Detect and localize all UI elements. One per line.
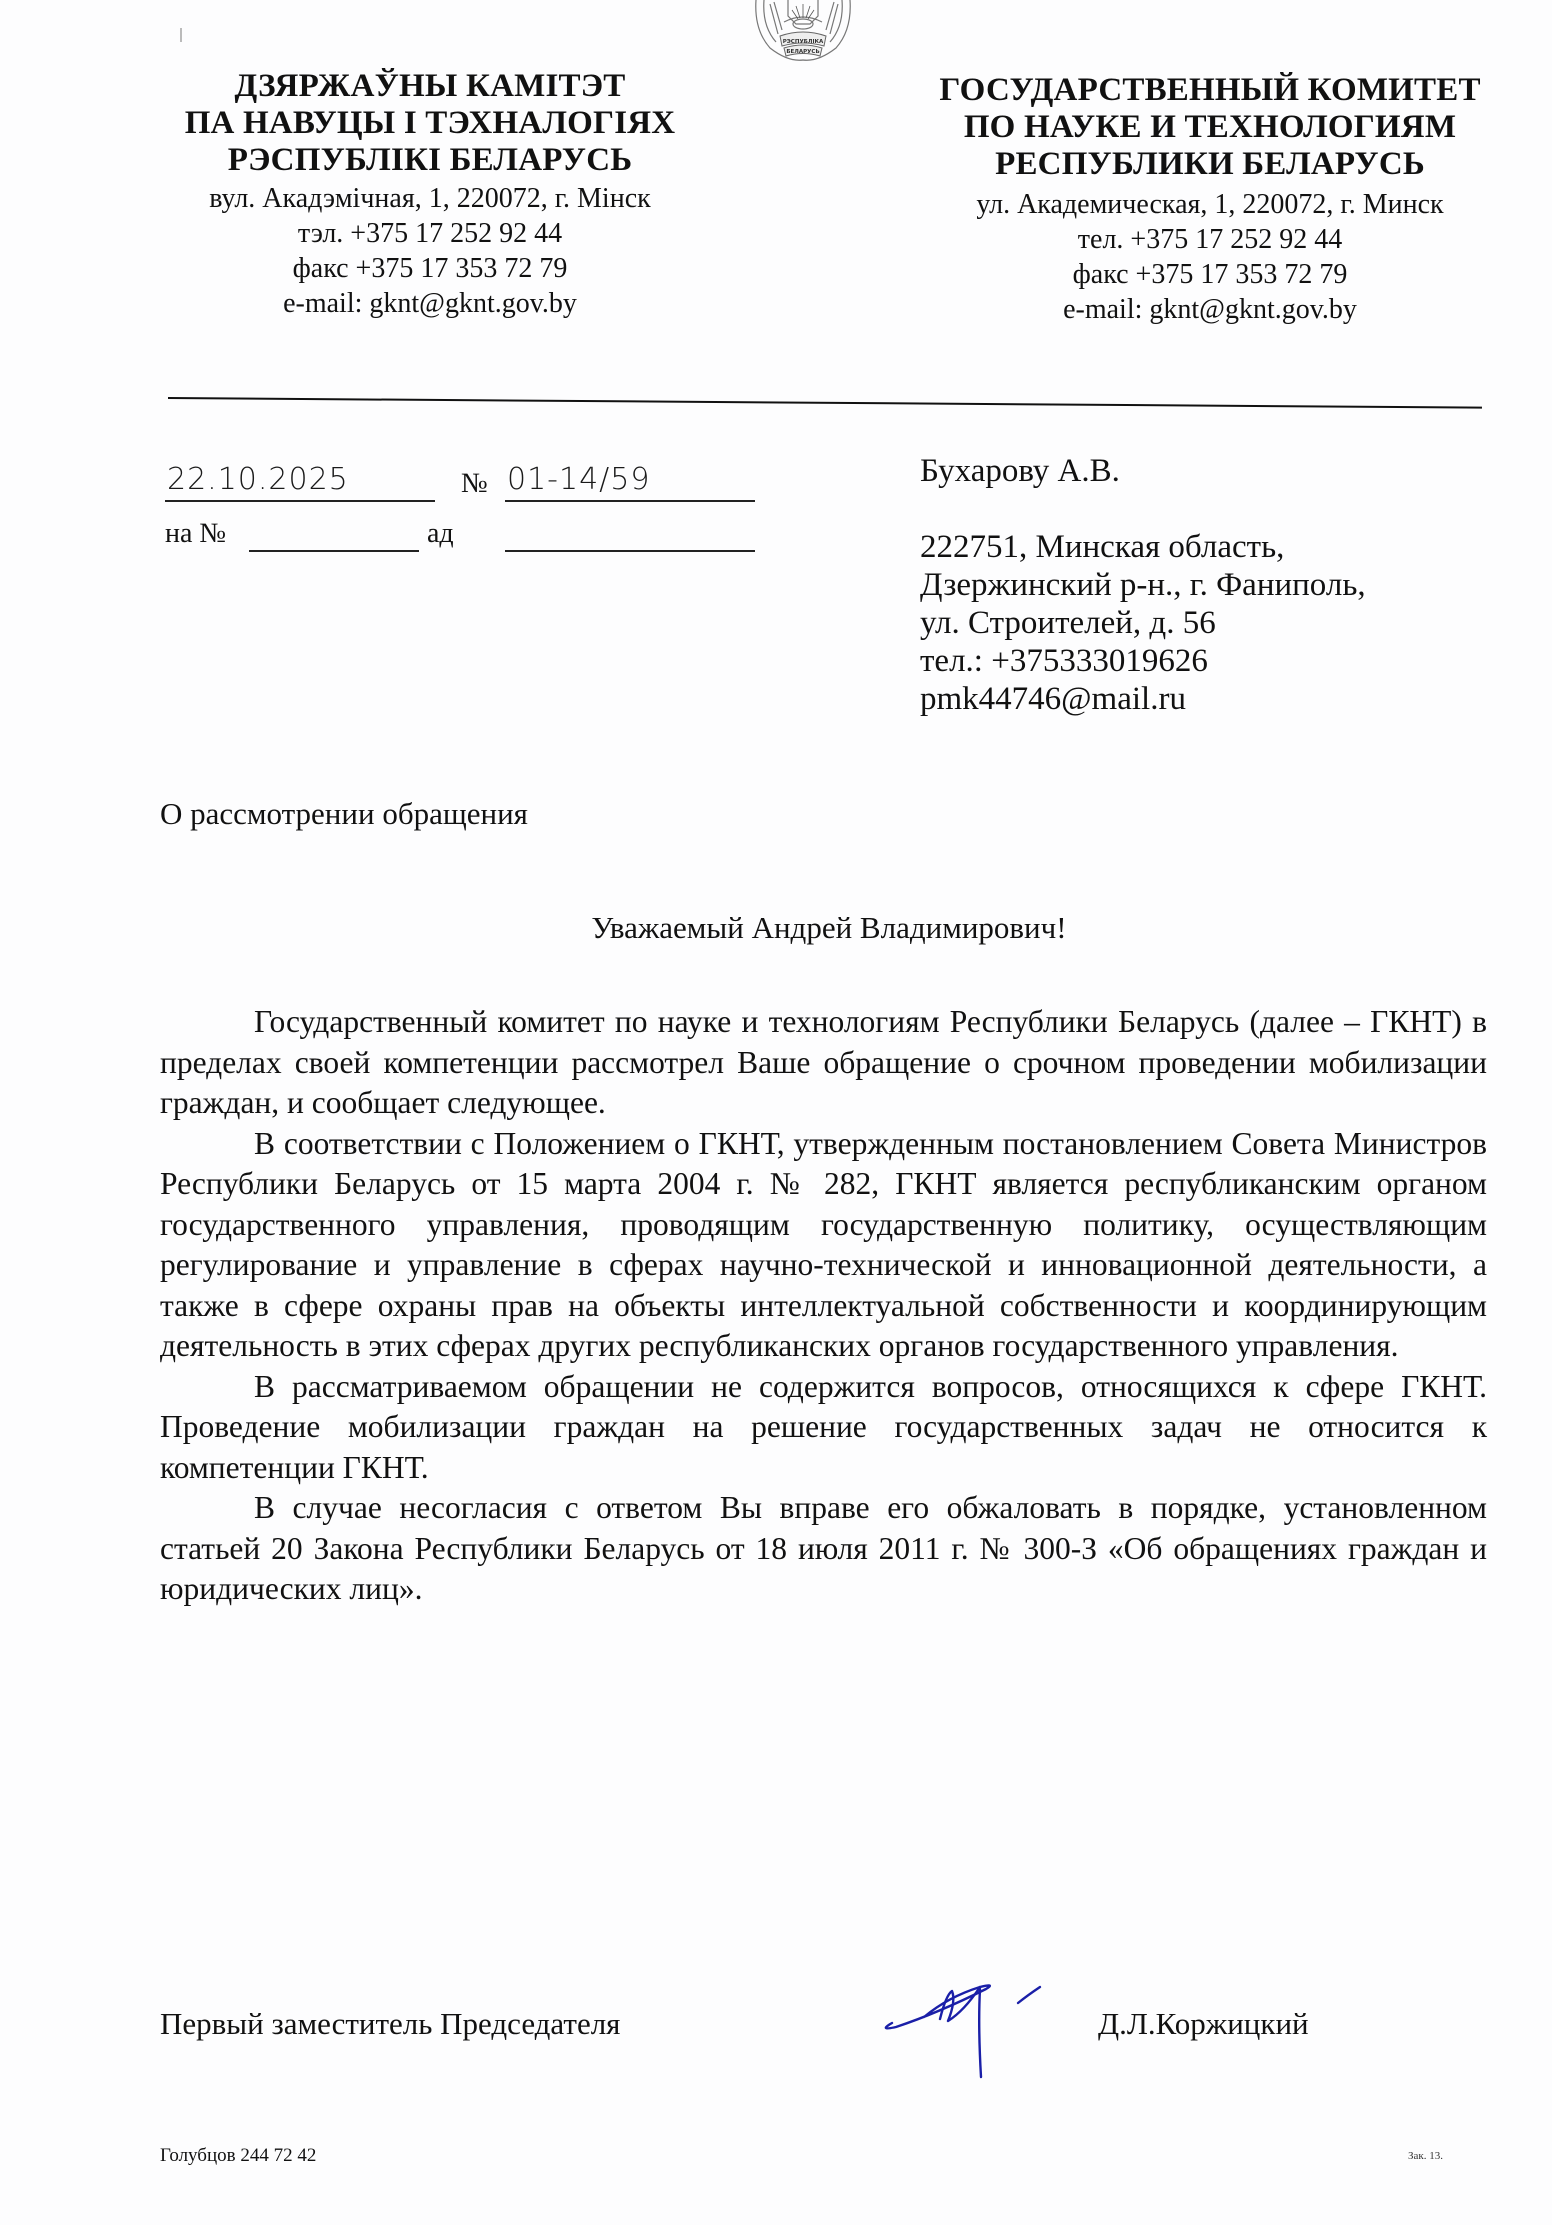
scan-artifact xyxy=(180,28,182,42)
reference-date-label: ад xyxy=(427,518,454,550)
org-name-by: ДЗЯРЖАЎНЫ КАМІТЭТ ПА НАВУЦЫ І ТЭХНАЛОГІЯ… xyxy=(150,68,710,179)
org-line: ГОСУДАРСТВЕННЫЙ КОМИТЕТ xyxy=(910,72,1510,109)
org-line: ПО НАУКЕ И ТЕХНОЛОГИЯМ xyxy=(910,109,1510,146)
org-name-ru: ГОСУДАРСТВЕННЫЙ КОМИТЕТ ПО НАУКЕ И ТЕХНО… xyxy=(910,72,1510,183)
executor-info: Голубцов 244 72 42 xyxy=(160,2145,316,2167)
header-divider xyxy=(168,397,1482,409)
org-line: РЭСПУБЛІКІ БЕЛАРУСЬ xyxy=(150,142,710,179)
org-address-ru: ул. Академическая, 1, 220072, г. Минск xyxy=(910,187,1510,222)
registration-number: 01-14/59 xyxy=(507,462,650,497)
handwritten-signature-icon xyxy=(868,1965,1098,2095)
letter-subject: О рассмотрении обращения xyxy=(160,796,528,832)
letter-page: РЭСПУБЛІКА БЕЛАРУСЬ ДЗЯРЖАЎНЫ КАМІТЭТ ПА… xyxy=(0,0,1552,2225)
date-field-underline xyxy=(165,500,435,502)
org-line: ПА НАВУЦЫ І ТЭХНАЛОГІЯХ xyxy=(150,105,710,142)
org-address-by: вул. Акадэмічная, 1, 220072, г. Мінск xyxy=(150,181,710,216)
order-note: Зак. 13. xyxy=(1408,2150,1443,2162)
org-fax-by: факс +375 17 353 72 79 xyxy=(150,251,710,286)
coat-of-arms-belarus-icon: РЭСПУБЛІКА БЕЛАРУСЬ xyxy=(748,0,858,62)
reference-date-field xyxy=(505,550,755,552)
emblem-ribbon-bottom: БЕЛАРУСЬ xyxy=(786,49,819,55)
addressee-line: Дзержинский р-н., г. Фаниполь, xyxy=(920,566,1510,604)
registration-date: 22.10.2025 xyxy=(167,462,349,497)
signatory-name: Д.Л.Коржицкий xyxy=(1098,2006,1309,2042)
addressee-line: ул. Строителей, д. 56 xyxy=(920,604,1510,642)
number-field-underline xyxy=(505,500,755,502)
org-fax-ru: факс +375 17 353 72 79 xyxy=(910,257,1510,292)
org-phone-ru: тел. +375 17 252 92 44 xyxy=(910,222,1510,257)
body-paragraph: В случае несогласия с ответом Вы вправе … xyxy=(160,1488,1487,1610)
body-paragraph: Государственный комитет по науке и техно… xyxy=(160,1002,1487,1124)
letterhead-belarusian: ДЗЯРЖАЎНЫ КАМІТЭТ ПА НАВУЦЫ І ТЭХНАЛОГІЯ… xyxy=(150,68,710,321)
number-label: № xyxy=(461,468,488,500)
reference-row: на № ад xyxy=(165,518,755,558)
addressee-block: Бухарову А.В. 222751, Минская область, Д… xyxy=(920,452,1510,718)
reference-number-field xyxy=(249,550,419,552)
letterhead-russian: ГОСУДАРСТВЕННЫЙ КОМИТЕТ ПО НАУКЕ И ТЕХНО… xyxy=(910,72,1510,327)
reference-number-label: на № xyxy=(165,518,226,550)
org-line: ДЗЯРЖАЎНЫ КАМІТЭТ xyxy=(150,68,710,105)
org-phone-by: тэл. +375 17 252 92 44 xyxy=(150,216,710,251)
salutation: Уважаемый Андрей Владимирович! xyxy=(160,910,1494,946)
body-paragraph: В соответствии с Положением о ГКНТ, утве… xyxy=(160,1124,1487,1367)
body-paragraph: В рассматриваемом обращении не содержитс… xyxy=(160,1367,1487,1489)
org-line: РЕСПУБЛИКИ БЕЛАРУСЬ xyxy=(910,146,1510,183)
org-email-by[interactable]: e-mail: gknt@gknt.gov.by xyxy=(150,286,710,321)
emblem-ribbon-top: РЭСПУБЛІКА xyxy=(783,39,824,45)
letter-body: Государственный комитет по науке и техно… xyxy=(160,1002,1487,1610)
addressee-phone: тел.: +375333019626 xyxy=(920,642,1510,680)
addressee-email[interactable]: pmk44746@mail.ru xyxy=(920,680,1510,718)
addressee-name: Бухарову А.В. xyxy=(920,452,1510,490)
org-email-ru[interactable]: e-mail: gknt@gknt.gov.by xyxy=(910,292,1510,327)
signatory-title: Первый заместитель Председателя xyxy=(160,2006,620,2042)
addressee-line: 222751, Минская область, xyxy=(920,528,1510,566)
registration-row: 22.10.2025 № 01-14/59 xyxy=(165,462,755,506)
